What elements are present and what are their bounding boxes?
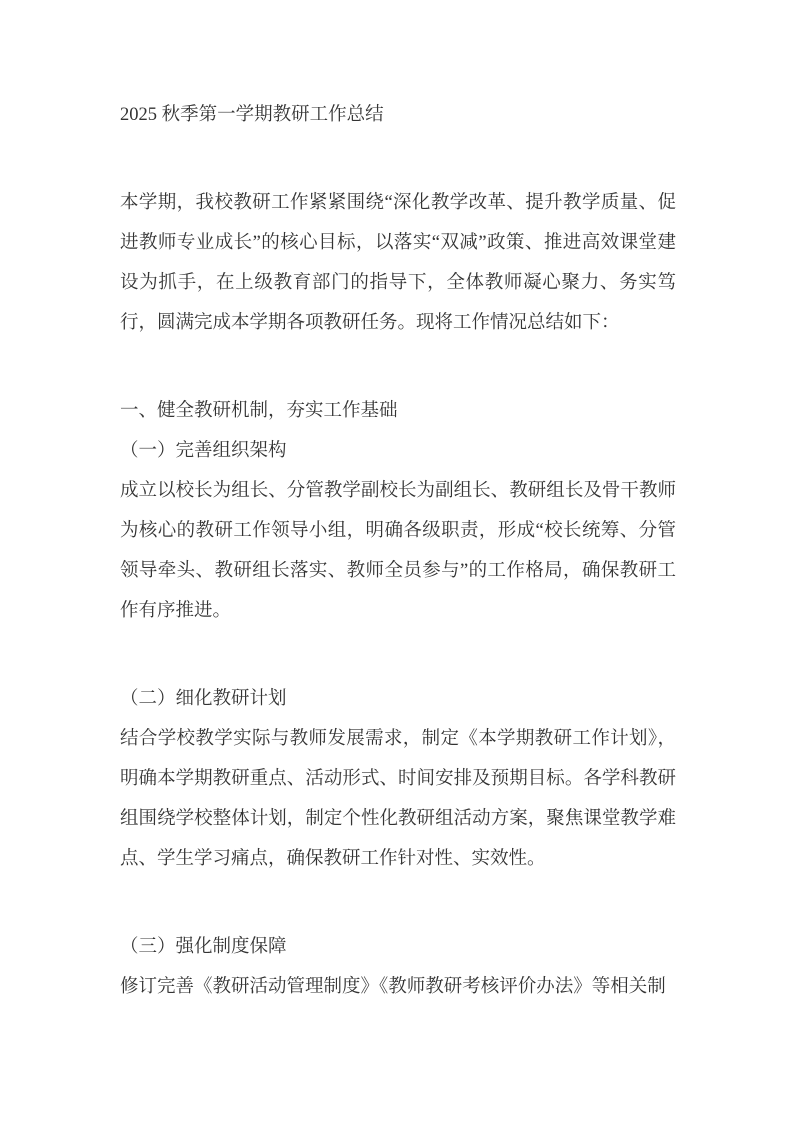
subsection-1-2-heading: （二）细化教研计划	[120, 679, 676, 719]
subsection-1-1-heading: （一）完善组织架构	[120, 431, 676, 471]
intro-paragraph: 本学期，我校教研工作紧紧围绕“深化教学改革、提升教学质量、促进教师专业成长”的核…	[120, 183, 676, 343]
document-title: 2025 秋季第一学期教研工作总结	[120, 95, 676, 135]
section-1-heading: 一、健全教研机制，夯实工作基础	[120, 391, 676, 431]
subsection-1-3-body: 修订完善《教研活动管理制度》《教师教研考核评价办法》等相关制	[120, 967, 676, 1007]
subsection-1-3-heading: （三）强化制度保障	[120, 927, 676, 967]
document-page: 2025 秋季第一学期教研工作总结 本学期，我校教研工作紧紧围绕“深化教学改革、…	[0, 0, 793, 1122]
subsection-1-2-body: 结合学校教学实际与教师发展需求，制定《本学期教研工作计划》，明确本学期教研重点、…	[120, 719, 676, 879]
subsection-1-1-body: 成立以校长为组长、分管教学副校长为副组长、教研组长及骨干教师为核心的教研工作领导…	[120, 471, 676, 631]
